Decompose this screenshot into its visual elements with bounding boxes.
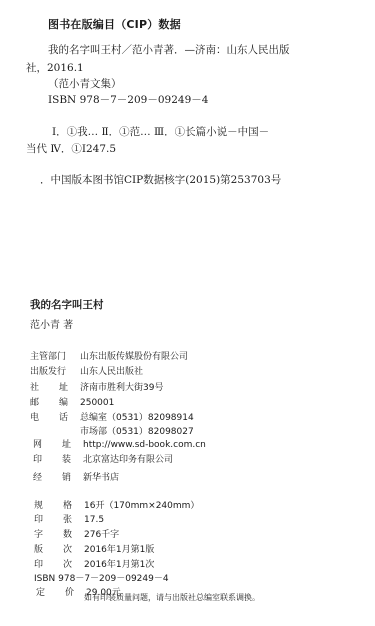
info-label: 字数: [34, 527, 72, 540]
info-label: 社址: [30, 380, 68, 393]
info-row-phone-marketing: 市场部（0531）82098027: [80, 424, 194, 437]
cip-classification-2: 当代 Ⅳ．①I247.5: [26, 141, 116, 156]
cip-classification-1: Ⅰ．①我… Ⅱ．①范… Ⅲ．①长篇小说－中国－: [52, 124, 269, 139]
book-title: 我的名字叫王村: [30, 297, 104, 312]
info-row-publisher: 出版发行 山东人民出版社: [30, 364, 143, 377]
quality-note: 如有印装质量问题，请与出版社总编室联系调换。: [84, 592, 260, 603]
info-value: 276千字: [84, 527, 119, 540]
info-label: 邮编: [30, 395, 68, 408]
info-label: 版次: [34, 542, 72, 555]
info-row-address: 社址 济南市胜利大街39号: [30, 380, 163, 393]
info-value: 市场部（0531）82098027: [80, 424, 194, 437]
cip-line-2: 社，2016.1: [26, 60, 84, 75]
cip-heading: 图书在版编目（CIP）数据: [48, 16, 181, 32]
info-label: 主管部门: [30, 349, 80, 362]
info-label: 出版发行: [30, 364, 80, 377]
info-value: 北京富达印务有限公司: [83, 452, 173, 465]
book-author: 范小青 著: [30, 316, 73, 331]
website-link[interactable]: http://www.sd-book.com.cn: [83, 440, 206, 450]
cip-record-number: ．中国版本图书馆CIP数据核字(2015)第253703号: [40, 172, 281, 187]
cip-series: （范小青文集）: [48, 76, 122, 91]
info-value: 新华书店: [83, 470, 119, 483]
info-value: 2016年1月第1版: [84, 542, 154, 555]
info-value: 山东人民出版社: [80, 364, 143, 377]
info-label: 规格: [34, 498, 72, 511]
isbn-value: ISBN 978－7－209－09249－4: [34, 571, 169, 584]
info-value: 16开（170mm×240mm）: [84, 498, 199, 511]
info-row-phone: 电话 总编室（0531）82098914: [30, 410, 194, 423]
spec-row-isbn: ISBN 978－7－209－09249－4: [34, 571, 169, 584]
info-label: 经销: [33, 470, 71, 483]
info-row-printer: 印装 北京富达印务有限公司: [33, 452, 173, 465]
info-label: 网址: [33, 437, 71, 450]
info-label: 印张: [34, 512, 72, 525]
cip-isbn: ISBN 978－7－209－09249－4: [48, 92, 208, 107]
info-row-distributor: 经销 新华书店: [33, 470, 119, 483]
info-value: 济南市胜利大街39号: [80, 380, 163, 393]
info-row-website: 网址 http://www.sd-book.com.cn: [33, 437, 206, 450]
info-value: 17.5: [84, 515, 104, 525]
info-value: 总编室（0531）82098914: [80, 410, 194, 423]
info-row-supervisor: 主管部门 山东出版传媒股份有限公司: [30, 349, 188, 362]
spec-row-printing: 印次 2016年1月第1次: [34, 557, 154, 570]
spec-row-edition: 版次 2016年1月第1版: [34, 542, 154, 555]
info-label: 电话: [30, 410, 68, 423]
info-row-postcode: 邮编 250001: [30, 395, 114, 408]
spec-row-word-count: 字数 276千字: [34, 527, 119, 540]
info-value: 250001: [80, 398, 114, 408]
spec-row-format: 规格 16开（170mm×240mm）: [34, 498, 199, 511]
info-label: 印装: [33, 452, 71, 465]
spec-row-sheets: 印张 17.5: [34, 512, 104, 525]
cip-line-1: 我的名字叫王村／范小青著．—济南：山东人民出版: [48, 42, 290, 57]
info-value: 山东出版传媒股份有限公司: [80, 349, 188, 362]
info-value: 2016年1月第1次: [84, 557, 154, 570]
info-label: 定价: [36, 585, 74, 598]
info-label: 印次: [34, 557, 72, 570]
